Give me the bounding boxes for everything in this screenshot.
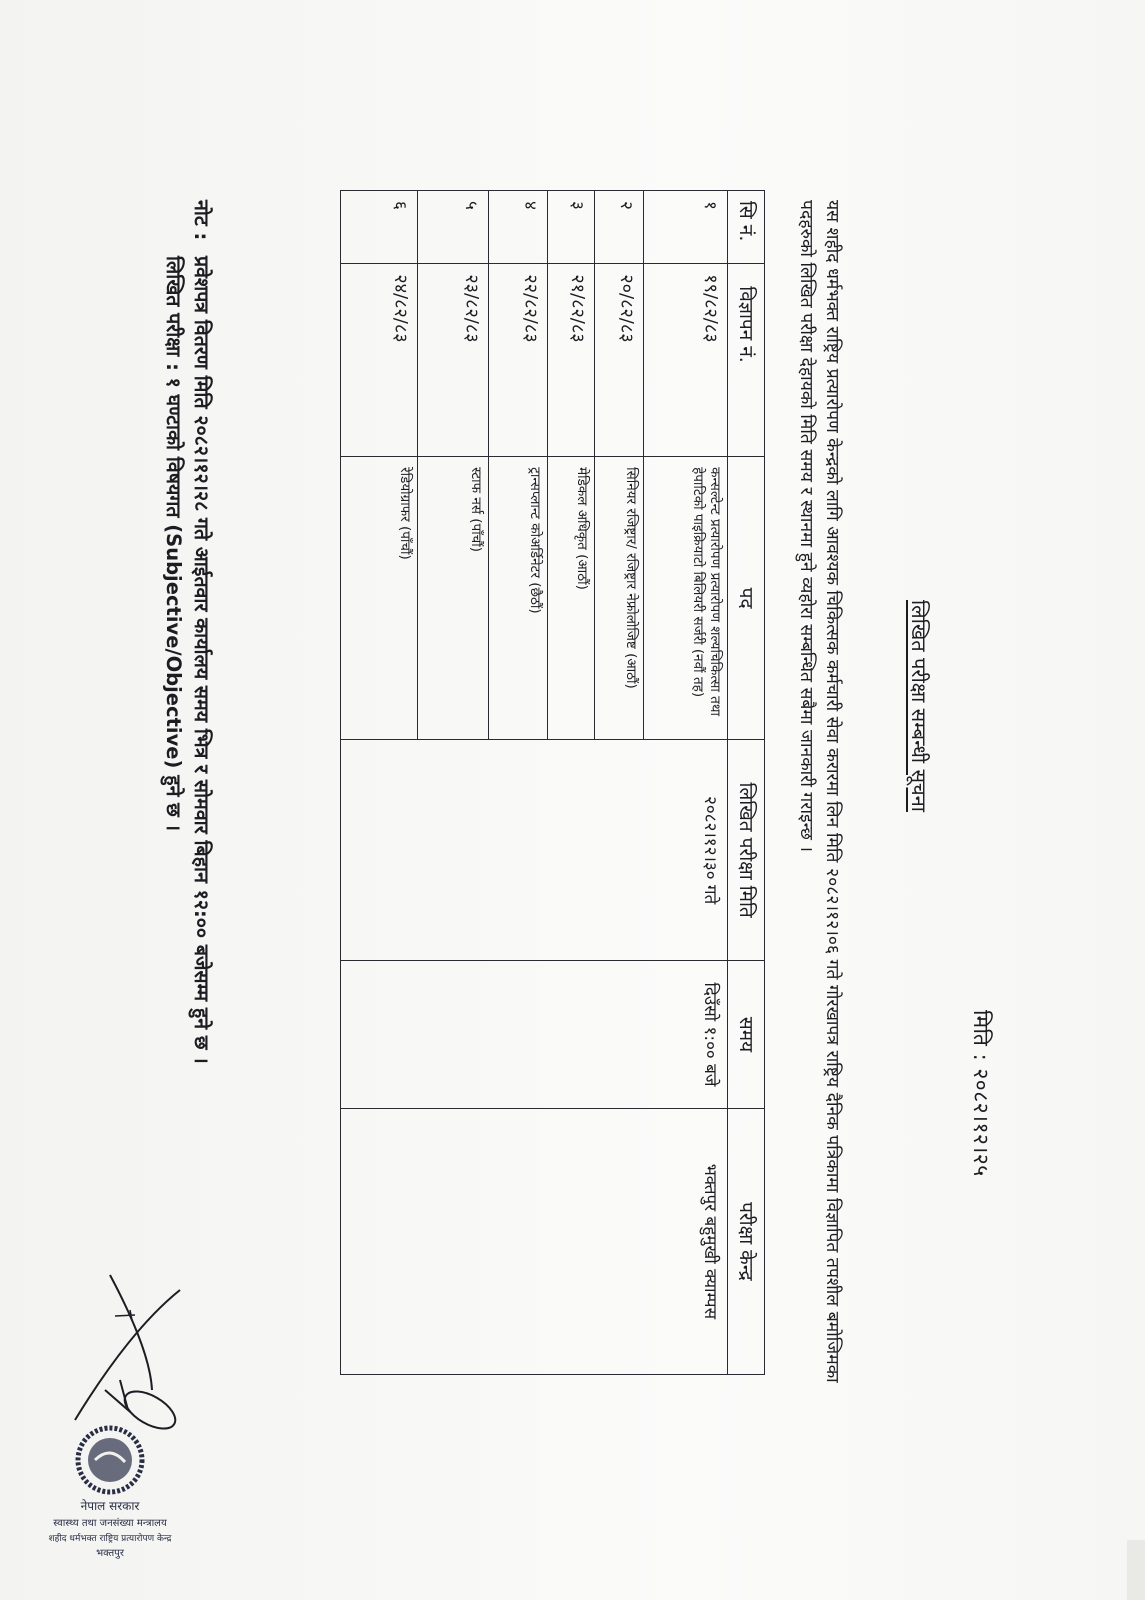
intro-paragraph: यस शहीद धर्मभक्त राष्ट्रिय प्रत्यारोपण क…: [793, 200, 845, 1430]
cell-sn: ६: [341, 191, 418, 264]
cell-post: कन्सल्टेन्ट प्रत्यारोपण प्रत्यारोपण शल्य…: [644, 457, 728, 740]
header-post: पद: [728, 457, 765, 740]
notice-date: मिति : २०८२।१२।२५: [967, 1010, 995, 1177]
header-adv-no: विज्ञापन नं.: [728, 264, 765, 457]
note-text-1: प्रवेशपत्र वितरण मिति २०८२।१२।२८ गते आईत…: [190, 256, 213, 1064]
seal-line-1: नेपाल सरकार: [81, 1499, 141, 1513]
header-time: समय: [728, 961, 765, 1109]
cell-adv-no: २१/८२/८३: [548, 264, 595, 457]
cell-adv-no: १९/८२/८३: [644, 264, 728, 457]
note-line-1: नोट :प्रवेशपत्र वितरण मिति २०८२।१२।२८ गत…: [187, 200, 215, 1450]
cell-post: ट्रान्सप्लान्ट कोअर्डिनेटर (छैठौं): [489, 457, 548, 740]
table-header-row: सि नं. विज्ञापन नं. पद लिखित परीक्षा मित…: [728, 191, 765, 1375]
header-exam-date: लिखित परीक्षा मिति: [728, 740, 765, 961]
cell-post: सिनियर रजिष्ट्रार/ रजिष्ट्रार नेफ्रोलोजि…: [595, 457, 644, 740]
cell-sn: ३: [548, 191, 595, 264]
cell-adv-no: २०/८२/८३: [595, 264, 644, 457]
cell-exam-date: २०८२।१२।३० गते: [341, 740, 728, 961]
cell-sn: ४: [489, 191, 548, 264]
exam-schedule-table: सि नं. विज्ञापन नं. पद लिखित परीक्षा मित…: [340, 190, 765, 1375]
page-title: लिखित परीक्षा सम्बन्धी सूचना: [906, 600, 933, 812]
cell-time: दिउँसो १:०० बजे: [341, 961, 728, 1109]
date-value: २०८२।१२।२५: [969, 1068, 993, 1176]
notice-page: मिति : २०८२।१२।२५ लिखित परीक्षा सम्बन्धी…: [0, 0, 1145, 1600]
seal-emblem-icon: नेपाल सरकार स्वास्थ्य तथा जनसंख्या मन्त्…: [10, 1390, 210, 1590]
cell-center: भक्तपुर बहुमुखी क्याम्पस: [341, 1108, 728, 1374]
note-label: नोट :: [187, 200, 215, 256]
header-center: परीक्षा केन्द्र: [728, 1108, 765, 1374]
cell-post: स्टाफ नर्स (पाँचौं): [418, 457, 489, 740]
cell-adv-no: २३/८२/८३: [418, 264, 489, 457]
seal-line-2: स्वास्थ्य तथा जनसंख्या मन्त्रालय: [53, 1517, 167, 1529]
cell-sn: २: [595, 191, 644, 264]
cell-sn: ५: [418, 191, 489, 264]
cell-adv-no: २२/८२/८३: [489, 264, 548, 457]
office-seal: नेपाल सरकार स्वास्थ्य तथा जनसंख्या मन्त्…: [10, 1390, 210, 1590]
page-corner: [1127, 1540, 1145, 1600]
note-text-2: लिखित परीक्षा : १ घण्टाको विषयगत (Subjec…: [159, 200, 187, 1450]
cell-post: मेडिकल अधिकृत (आठौं): [548, 457, 595, 740]
cell-post: रेडियोग्राफर (पाँचौं): [341, 457, 418, 740]
cell-adv-no: २४/८२/८३: [341, 264, 418, 457]
seal-line-3: शहीद धर्मभक्त राष्ट्रिय प्रत्यारोपण केन्…: [49, 1532, 172, 1544]
cell-sn: १: [644, 191, 728, 264]
table-row: १ १९/८२/८३ कन्सल्टेन्ट प्रत्यारोपण प्रत्…: [644, 191, 728, 1375]
seal-line-4: भक्तपुर: [96, 1548, 125, 1559]
note-section: नोट :प्रवेशपत्र वितरण मिति २०८२।१२।२८ गत…: [159, 200, 215, 1450]
header-sn: सि नं.: [728, 191, 765, 264]
date-label: मिति :: [969, 1010, 993, 1061]
